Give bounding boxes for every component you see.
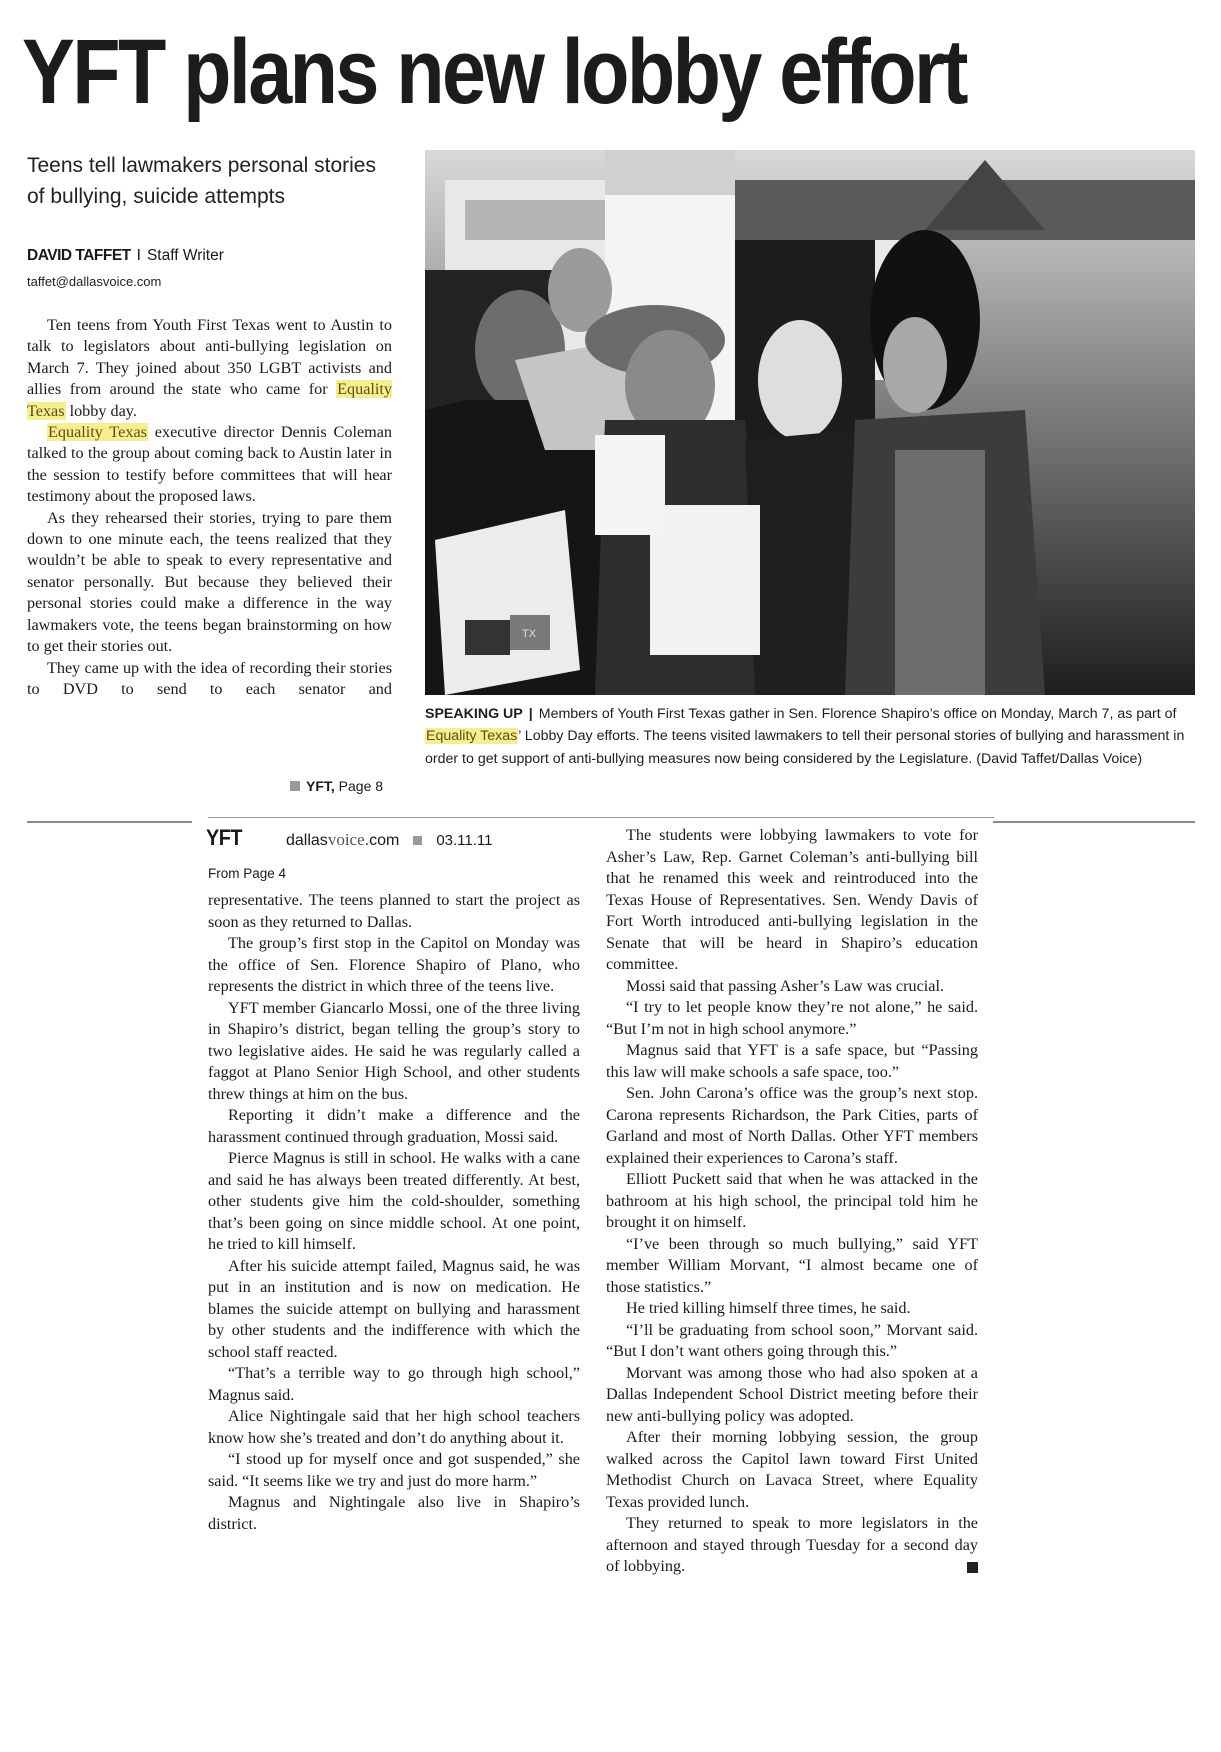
from-page: From Page 4 <box>208 866 286 881</box>
paragraph: He tried killing himself three times, he… <box>606 1298 978 1320</box>
news-photo: TX <box>425 150 1195 695</box>
author-role: Staff Writer <box>147 247 224 264</box>
jump-line: YFT, Page 8 <box>290 778 383 794</box>
paragraph: Magnus and Nightingale also live in Shap… <box>208 1492 580 1535</box>
photo-caption: SPEAKING UP|Members of Youth First Texas… <box>425 703 1200 770</box>
lead-paragraph: They came up with the idea of recording … <box>27 658 392 701</box>
lead-paragraph: Ten teens from Youth First Texas went to… <box>27 315 392 422</box>
paragraph: They returned to speak to more legislato… <box>606 1513 978 1578</box>
lead-column: Ten teens from Youth First Texas went to… <box>27 315 392 700</box>
divider-center <box>208 817 994 818</box>
paragraph: After their morning lobbying session, th… <box>606 1427 978 1513</box>
author-name: DAVID TAFFET <box>27 247 131 264</box>
site-name: dallasvoice.com <box>286 832 399 849</box>
paragraph: “I’ve been through so much bullying,” sa… <box>606 1234 978 1299</box>
caption-label: SPEAKING UP <box>425 706 523 722</box>
byline: DAVID TAFFETIStaff Writer <box>27 247 224 265</box>
continuation-header: YFTdallasvoice.com03.11.11 <box>206 825 576 851</box>
divider-right <box>993 821 1195 823</box>
site-prefix: dallas <box>286 832 328 849</box>
paragraph: The students were lobbying lawmakers to … <box>606 825 978 976</box>
highlight-equality-texas: Equality Texas <box>47 423 148 441</box>
paragraph: Mossi said that passing Asher’s Law was … <box>606 976 978 998</box>
caption-separator: | <box>529 706 533 722</box>
paragraph: After his suicide attempt failed, Magnus… <box>208 1256 580 1364</box>
paragraph: YFT member Giancarlo Mossi, one of the t… <box>208 998 580 1106</box>
square-bullet-icon <box>413 836 422 845</box>
end-of-story-icon <box>967 1562 978 1573</box>
deck-subheadline: Teens tell lawmakers personal stories of… <box>27 150 387 212</box>
paragraph: “I stood up for myself once and got sus­… <box>208 1449 580 1492</box>
site-mid: voice <box>328 830 365 849</box>
text: They returned to speak to more legislato… <box>606 1514 978 1575</box>
paragraph: “That’s a terrible way to go through hig… <box>208 1363 580 1406</box>
continuation-column-2: representative. The teens planned to sta… <box>208 890 580 1535</box>
lead-paragraph: Equality Texas executive director Dennis… <box>27 422 392 508</box>
paragraph: Reporting it didn’t make a difference an… <box>208 1105 580 1148</box>
author-email[interactable]: taffet@dallasvoice.com <box>27 274 161 289</box>
svg-text:TX: TX <box>522 628 537 640</box>
highlight-equality-texas: Equality Texas <box>425 728 518 744</box>
caption-text: Members of Youth First Texas gather in S… <box>539 706 1177 722</box>
group-photo-image: TX <box>425 150 1195 695</box>
paragraph: Alice Nightingale said that her high sch… <box>208 1406 580 1449</box>
paragraph: representative. The teens planned to sta… <box>208 890 580 933</box>
divider-left <box>27 821 192 823</box>
jump-section: YFT, <box>306 778 335 794</box>
text: lobby day. <box>66 402 137 420</box>
paragraph: “I try to let people know they’re not al… <box>606 997 978 1040</box>
paragraph: Magnus said that YFT is a safe space, bu… <box>606 1040 978 1083</box>
lead-paragraph: As they rehearsed their stories, trying … <box>27 508 392 658</box>
byline-separator: I <box>137 247 141 264</box>
paragraph: “I’ll be graduating from school soon,” M… <box>606 1320 978 1363</box>
section-label: YFT <box>206 825 269 851</box>
square-bullet-icon <box>290 781 300 791</box>
jump-page: Page 8 <box>339 778 383 794</box>
issue-date: 03.11.11 <box>436 832 492 849</box>
paragraph: Elliott Puckett said that when he was at… <box>606 1169 978 1234</box>
caption-text: ’ Lobby Day efforts. The teens visited l… <box>425 728 1184 766</box>
paragraph: Pierce Magnus is still in school. He wal… <box>208 1148 580 1256</box>
continuation-column-3: The students were lobbying lawmakers to … <box>606 825 978 1578</box>
headline: YFT plans new lobby effort <box>22 22 966 122</box>
site-suffix: .com <box>365 832 400 849</box>
paragraph: Morvant was among those who had also spo… <box>606 1363 978 1428</box>
paragraph: Sen. John Carona’s office was the group’… <box>606 1083 978 1169</box>
paragraph: The group’s first stop in the Capitol on… <box>208 933 580 998</box>
